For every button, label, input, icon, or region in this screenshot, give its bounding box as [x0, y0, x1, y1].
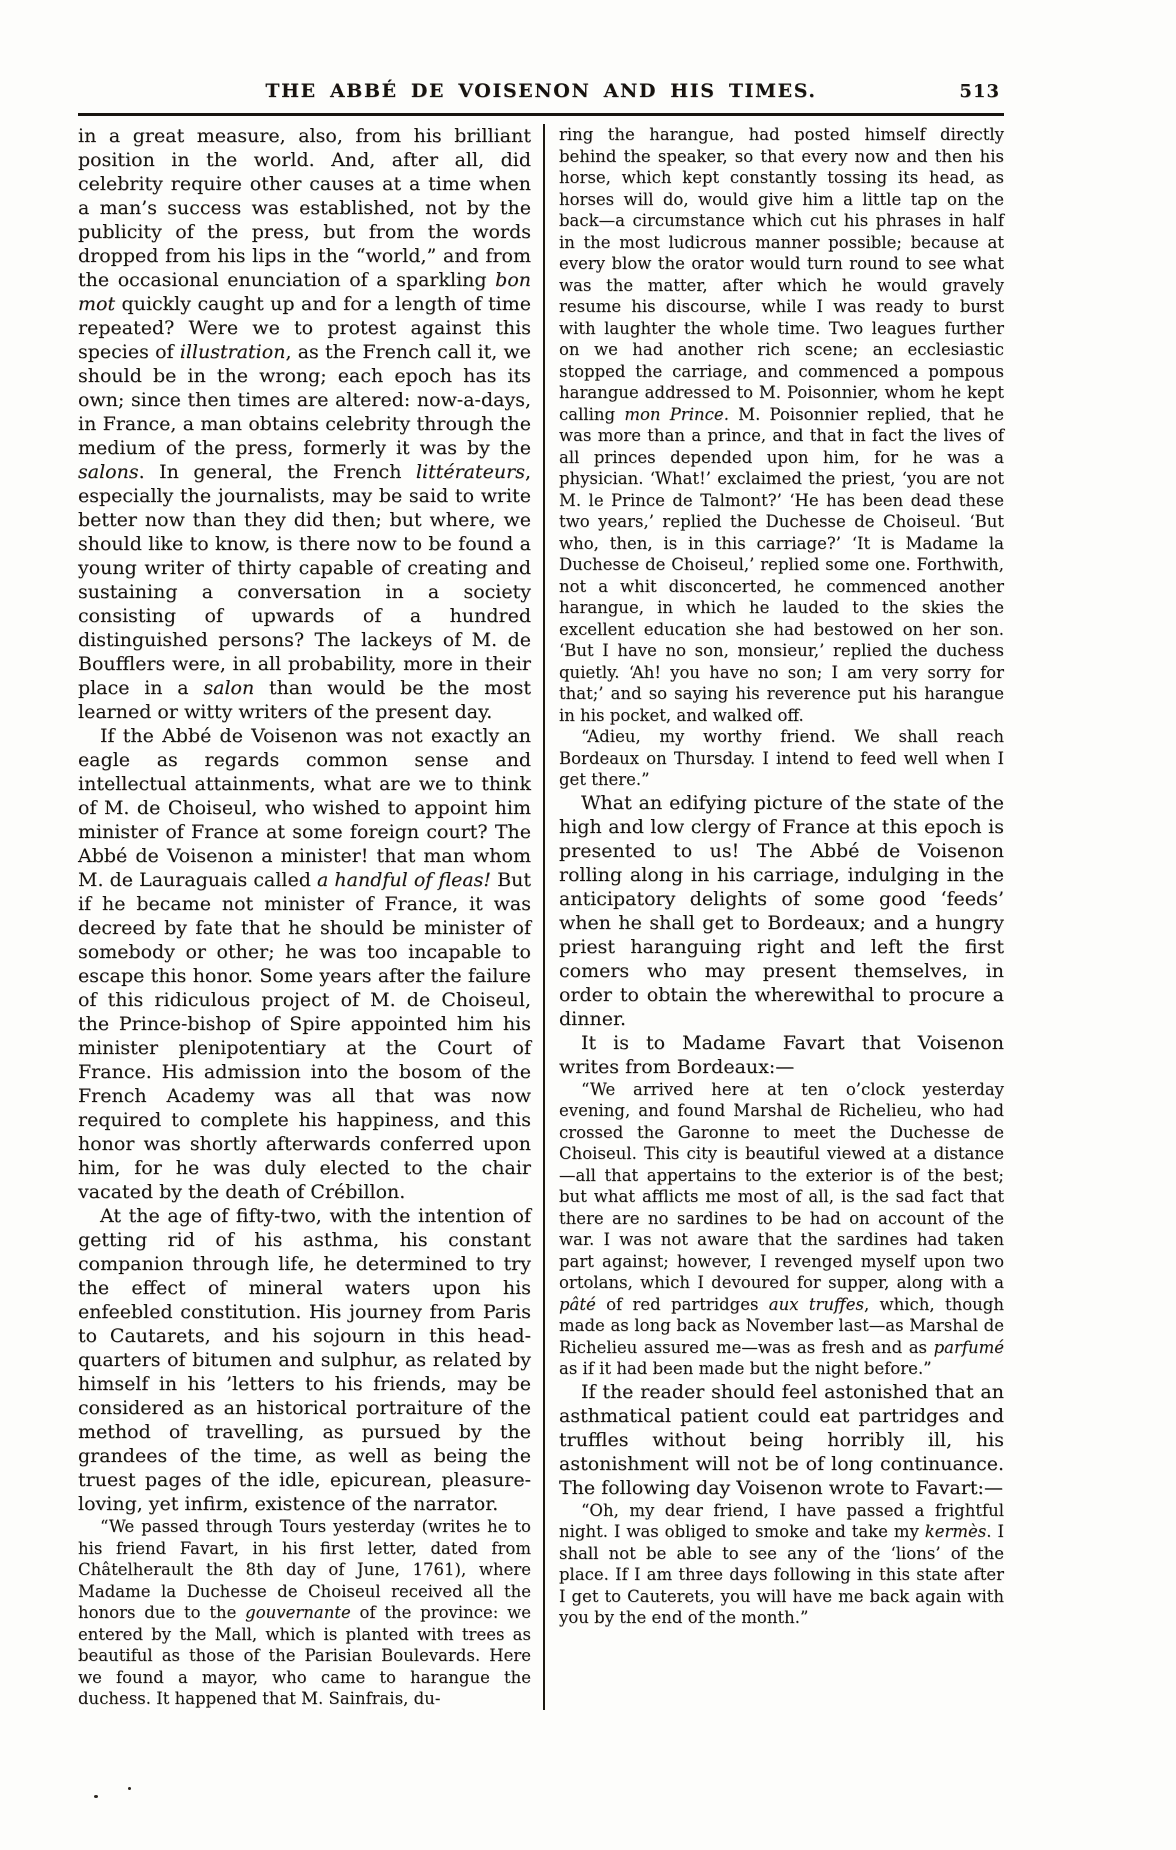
- italic-text-run: a handful of fleas!: [317, 869, 491, 891]
- text-run: ring the harangue, had posted himself di…: [559, 125, 1004, 424]
- paragraph: “Oh, my dear friend, I have passed a fri…: [559, 1500, 1004, 1629]
- text-run: At the age of fifty-two, with the intent…: [78, 1205, 531, 1515]
- text-run: as if it had been made but the night bef…: [559, 1359, 932, 1378]
- italic-text-run: salons: [78, 461, 139, 483]
- right-column: ring the harangue, had posted himself di…: [543, 124, 1004, 1710]
- text-run: , especially the journalists, may be sai…: [78, 461, 531, 699]
- scanned-page: THE ABBÉ DE VOISENON AND HIS TIMES. 513 …: [0, 0, 1176, 1850]
- text-run: “We arrived here at ten o’clock yesterda…: [559, 1080, 1004, 1293]
- text-run: of red partridges: [596, 1295, 769, 1314]
- page-number: 513: [959, 81, 1000, 102]
- paragraph: in a great measure, also, from his brill…: [78, 124, 531, 724]
- italic-text-run: kermès: [925, 1522, 987, 1541]
- paragraph: If the Abbé de Voisenon was not exactly …: [78, 724, 531, 1204]
- left-column: in a great measure, also, from his brill…: [78, 124, 543, 1710]
- italic-text-run: aux truffes: [769, 1295, 864, 1314]
- page-header: THE ABBÉ DE VOISENON AND HIS TIMES. 513: [78, 80, 1004, 108]
- running-title: THE ABBÉ DE VOISENON AND HIS TIMES.: [78, 80, 1004, 102]
- paragraph: What an edifying picture of the state of…: [559, 791, 1004, 1031]
- text-run: But if he became not minister of France,…: [78, 869, 531, 1203]
- text-run: If the reader should feel astonished tha…: [559, 1381, 1004, 1499]
- text-run: . In general, the French: [139, 461, 416, 483]
- paragraph: “We passed through Tours yesterday (writ…: [78, 1516, 531, 1710]
- italic-text-run: illustration: [180, 341, 286, 363]
- paragraph: ring the harangue, had posted himself di…: [559, 124, 1004, 726]
- italic-text-run: pâté: [559, 1295, 596, 1314]
- text-columns: in a great measure, also, from his brill…: [78, 124, 1004, 1710]
- paragraph: If the reader should feel astonished tha…: [559, 1380, 1004, 1500]
- italic-text-run: parfumé: [934, 1338, 1004, 1357]
- italic-text-run: salon: [203, 677, 254, 699]
- text-run: “Adieu, my worthy friend. We shall reach…: [559, 727, 1004, 789]
- text-run: M. Poisonnier replied, that he was more …: [559, 405, 1004, 725]
- text-run: What an edifying picture of the state of…: [559, 792, 1004, 1030]
- italic-text-run: littérateurs: [416, 461, 525, 483]
- text-run: in a great measure, also, from his brill…: [78, 125, 531, 291]
- paragraph: “Adieu, my worthy friend. We shall reach…: [559, 726, 1004, 791]
- paragraph: At the age of fifty-two, with the intent…: [78, 1204, 531, 1516]
- scan-speck: [94, 1795, 98, 1798]
- paragraph: “We arrived here at ten o’clock yesterda…: [559, 1079, 1004, 1380]
- text-run: It is to Madame Favart that Voisenon wri…: [559, 1032, 1004, 1078]
- scan-speck: [128, 1787, 131, 1790]
- paragraph: It is to Madame Favart that Voisenon wri…: [559, 1031, 1004, 1079]
- italic-text-run: mon Prince.: [624, 405, 729, 424]
- text-run: If the Abbé de Voisenon was not exactly …: [78, 725, 531, 891]
- italic-text-run: gouvernante: [245, 1603, 351, 1622]
- header-rule: [78, 113, 1004, 116]
